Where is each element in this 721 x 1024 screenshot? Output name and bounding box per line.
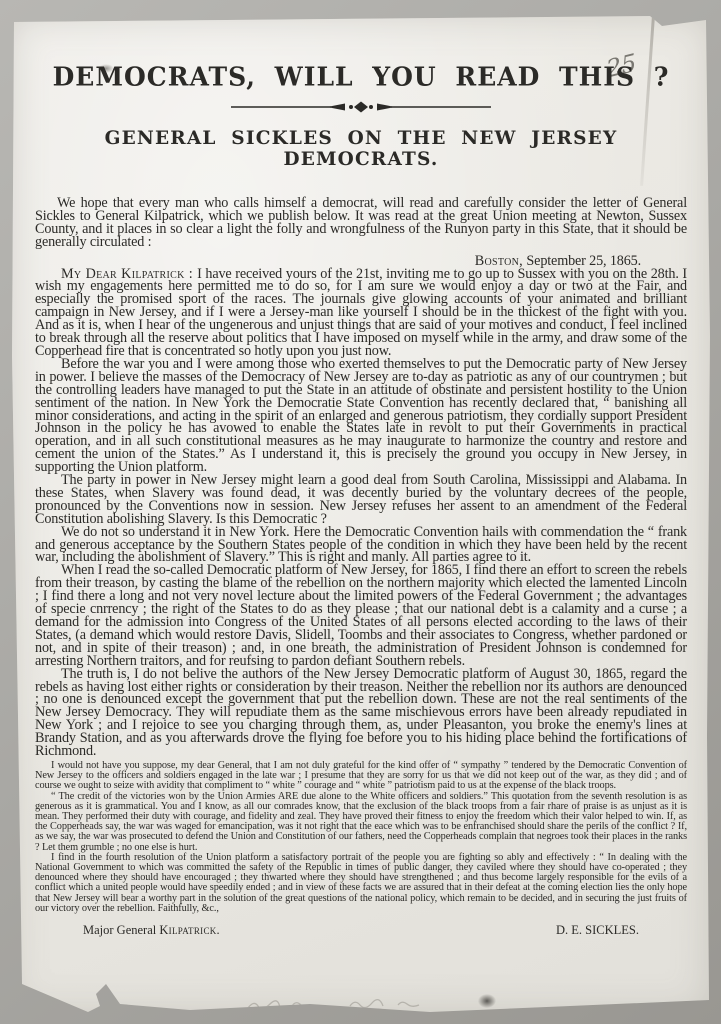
pencil-inscription xyxy=(240,994,470,1016)
letter-paragraph-5: When I read the so-called Democratic pla… xyxy=(35,564,687,667)
fine-print-paragraph-3: I find in the fourth resolution of the U… xyxy=(35,853,687,914)
letter-paragraph-3: The party in power in New Jersey might l… xyxy=(35,474,687,526)
letter-paragraph-1-text: I have received yours of the 21st, invit… xyxy=(35,266,687,359)
letter-paragraph-6: The truth is, I do not belive the author… xyxy=(35,668,687,758)
scan-background: 25 DEMOCRATS, WILL YOU READ THIS ? GENER… xyxy=(0,0,721,1024)
letter-paragraph-2: Before the war you and I were among thos… xyxy=(35,358,687,474)
signature-addressee: Major General Kilpatrick. xyxy=(83,923,220,938)
signature-addressee-name: Kilpatrick. xyxy=(159,923,220,937)
document-page: 25 DEMOCRATS, WILL YOU READ THIS ? GENER… xyxy=(10,16,710,1014)
signature-addressee-prefix: Major General xyxy=(83,923,159,937)
letter-paragraph-1: My Dear Kilpatrick : I have received you… xyxy=(35,268,687,358)
ornamental-divider-icon xyxy=(231,101,491,113)
letter-paragraph-4: We do not so understand it in New York. … xyxy=(35,526,687,565)
ink-blot xyxy=(478,994,496,1008)
fine-print-section: I would not have you suppose, my dear Ge… xyxy=(35,761,687,914)
fine-print-paragraph-1: I would not have you suppose, my dear Ge… xyxy=(35,761,687,792)
fine-print-paragraph-2: “ The credit of the victories won by the… xyxy=(35,792,687,853)
intro-paragraph: We hope that every man who calls himself… xyxy=(35,197,687,249)
document-title: DEMOCRATS, WILL YOU READ THIS ? xyxy=(35,61,687,91)
document-content: DEMOCRATS, WILL YOU READ THIS ? GENERAL … xyxy=(35,16,687,938)
signature-row: Major General Kilpatrick. D. E. SICKLES. xyxy=(35,923,687,938)
ornamental-divider xyxy=(35,100,687,112)
document-heading: GENERAL SICKLES ON THE NEW JERSEY DEMOCR… xyxy=(35,128,687,170)
signature-signer: D. E. SICKLES. xyxy=(556,923,639,938)
